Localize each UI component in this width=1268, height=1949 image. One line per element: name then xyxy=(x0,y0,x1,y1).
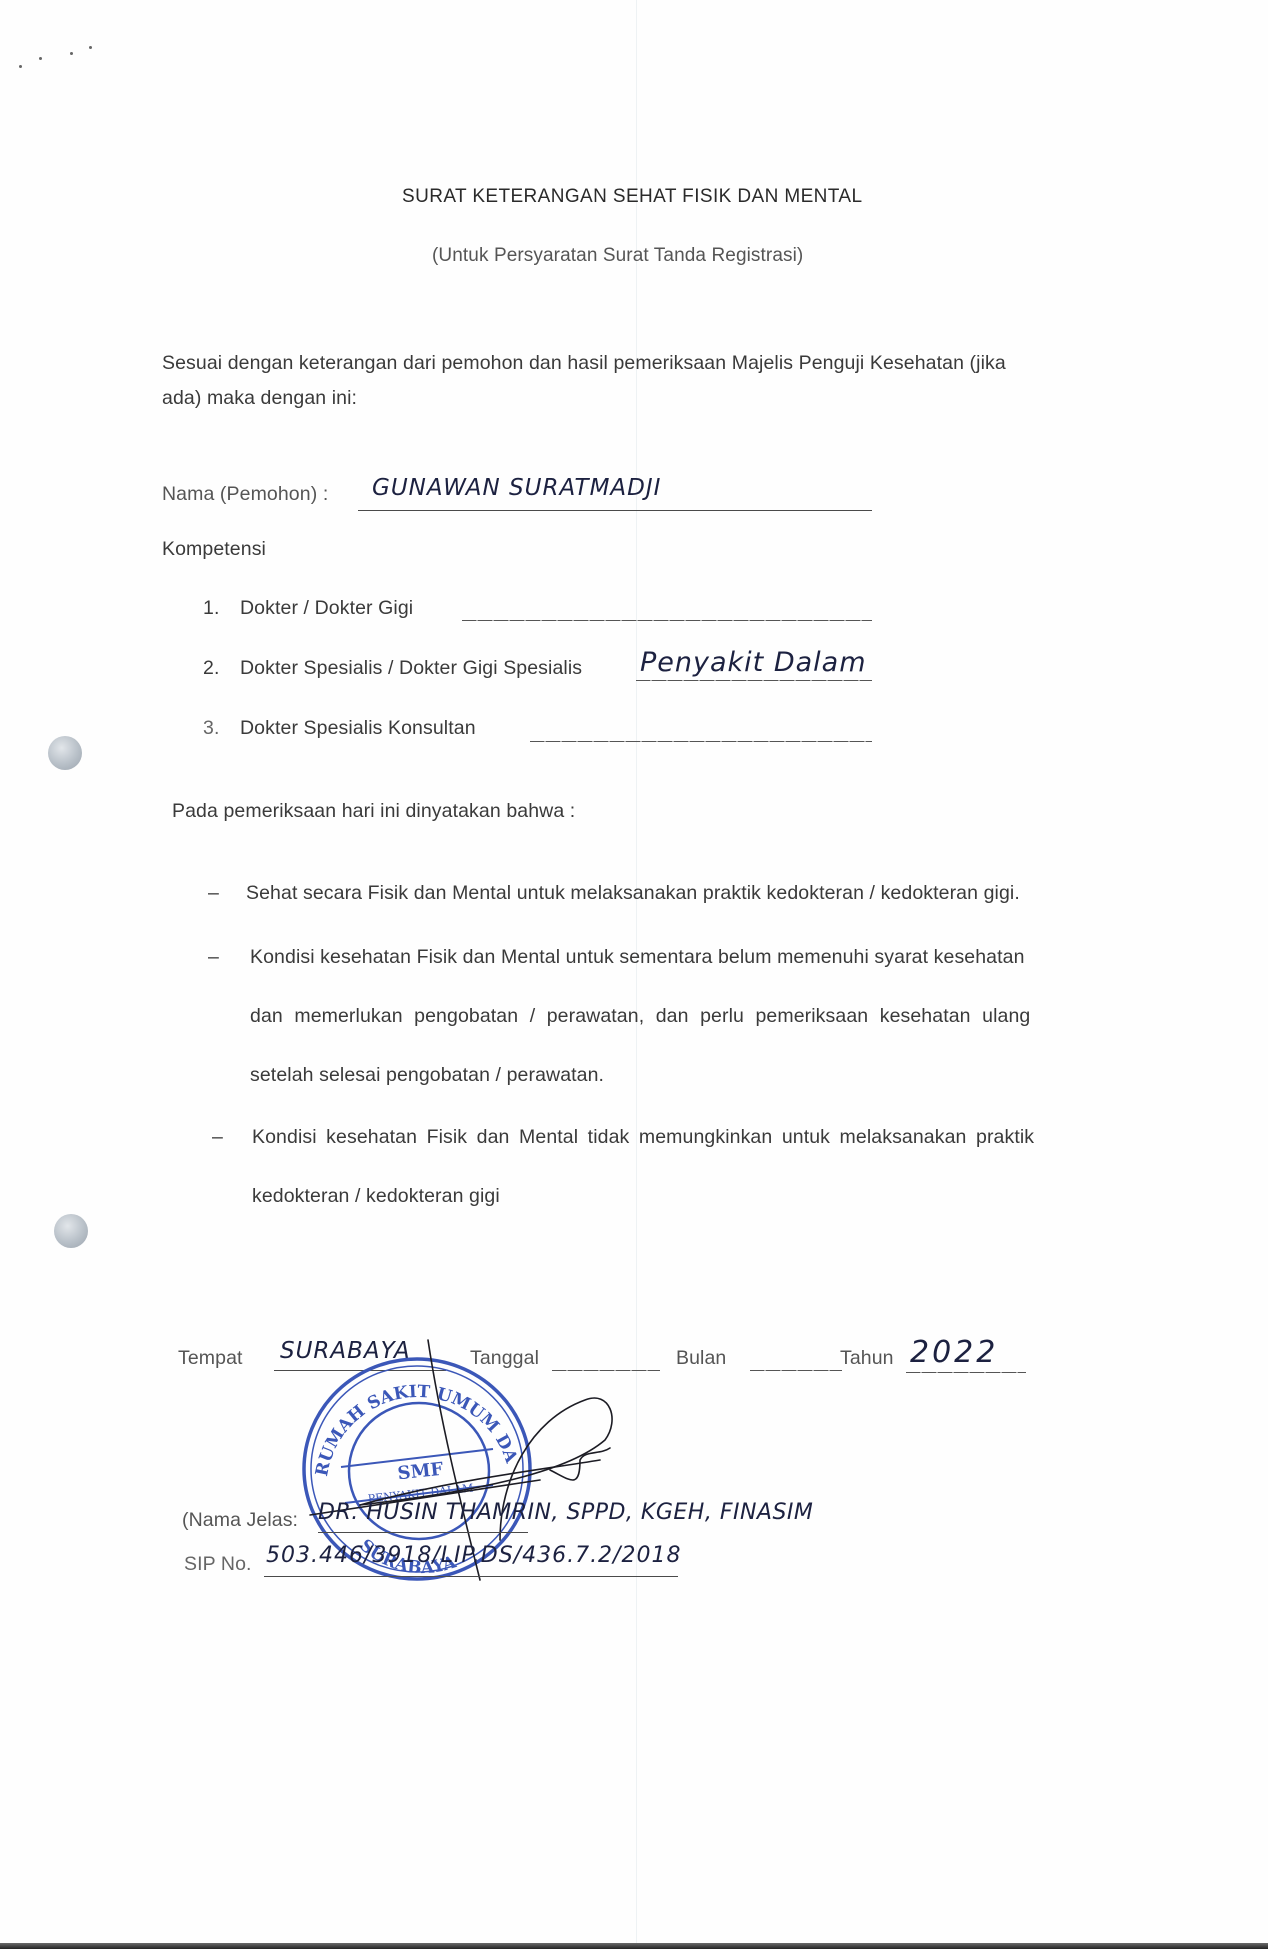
sip-value[interactable]: 503.446/3918/LIP.DS/436.7.2/2018 xyxy=(266,1543,681,1568)
intro-text-line1: Sesuai dengan keterangan dari pemohon da… xyxy=(162,352,1006,375)
statement-2-line-3: setelah selesai pengobatan / perawatan. xyxy=(250,1064,604,1087)
year-label: Tahun xyxy=(840,1347,894,1370)
competence-item-1-underline xyxy=(462,620,872,621)
signer-name-label: (Nama Jelas: xyxy=(182,1509,298,1532)
competence-item-2-underline xyxy=(636,680,872,681)
document-title: SURAT KETERANGAN SEHAT FISIK DAN MENTAL xyxy=(402,186,862,208)
scan-speck xyxy=(89,46,92,49)
competence-item-2-value[interactable]: Penyakit Dalam xyxy=(640,647,867,678)
statement-2-line-2: dan memerlukan pengobatan / perawatan, d… xyxy=(250,1005,1030,1028)
month-underline xyxy=(750,1370,842,1371)
competence-item-1-label: Dokter / Dokter Gigi xyxy=(240,597,413,620)
statement-3-line-1[interactable]: Kondisi kesehatan Fisik dan Mental tidak… xyxy=(252,1126,1034,1149)
competence-item-3-number: 3. xyxy=(203,717,219,740)
scan-fold-line xyxy=(636,0,637,1949)
signer-name-underline xyxy=(318,1532,528,1533)
competence-item-2-label: Dokter Spesialis / Dokter Gigi Spesialis xyxy=(240,657,582,680)
competence-item-3-underline xyxy=(530,741,872,742)
applicant-label: Nama (Pemohon) : xyxy=(162,483,328,506)
place-label: Tempat xyxy=(178,1347,243,1370)
statement-3-line-2: kedokteran / kedokteran gigi xyxy=(252,1185,500,1208)
statement-2-bullet: – xyxy=(208,946,219,969)
scan-speck xyxy=(70,52,73,55)
scan-speck xyxy=(19,65,22,68)
scan-speck xyxy=(39,57,42,60)
competence-item-1-number: 1. xyxy=(203,597,219,620)
applicant-name-value[interactable]: Gunawan Suratmadji xyxy=(372,475,661,501)
punch-hole-icon xyxy=(54,1214,88,1248)
sip-label: SIP No. xyxy=(184,1553,252,1576)
year-underline xyxy=(906,1372,1026,1373)
competence-item-3-label: Dokter Spesialis Konsultan xyxy=(240,717,476,740)
document-page: SURAT KETERANGAN SEHAT FISIK DAN MENTAL … xyxy=(0,0,1268,1949)
intro-text-line2: ada) maka dengan ini: xyxy=(162,387,357,410)
competence-item-2-number: 2. xyxy=(203,657,219,680)
statement-2-line-1[interactable]: Kondisi kesehatan Fisik dan Mental untuk… xyxy=(250,946,1025,969)
scan-bottom-edge xyxy=(0,1943,1268,1949)
document-subtitle: (Untuk Persyaratan Surat Tanda Registras… xyxy=(432,245,803,267)
punch-hole-icon xyxy=(48,736,82,770)
year-value[interactable]: 2022 xyxy=(910,1335,998,1370)
month-label: Bulan xyxy=(676,1347,726,1370)
statement-intro: Pada pemeriksaan hari ini dinyatakan bah… xyxy=(172,800,575,823)
signer-name-value[interactable]: Dr. HUSIN THAMRIN, SpPD, KGEH, FINASIM xyxy=(318,1500,813,1525)
sip-underline xyxy=(264,1576,678,1577)
statement-1-line-1[interactable]: Sehat secara Fisik dan Mental untuk mela… xyxy=(246,882,1020,905)
statement-1-bullet: – xyxy=(208,882,219,905)
applicant-name-underline xyxy=(358,510,872,511)
statement-3-bullet: – xyxy=(212,1126,223,1149)
competence-label: Kompetensi xyxy=(162,538,266,561)
